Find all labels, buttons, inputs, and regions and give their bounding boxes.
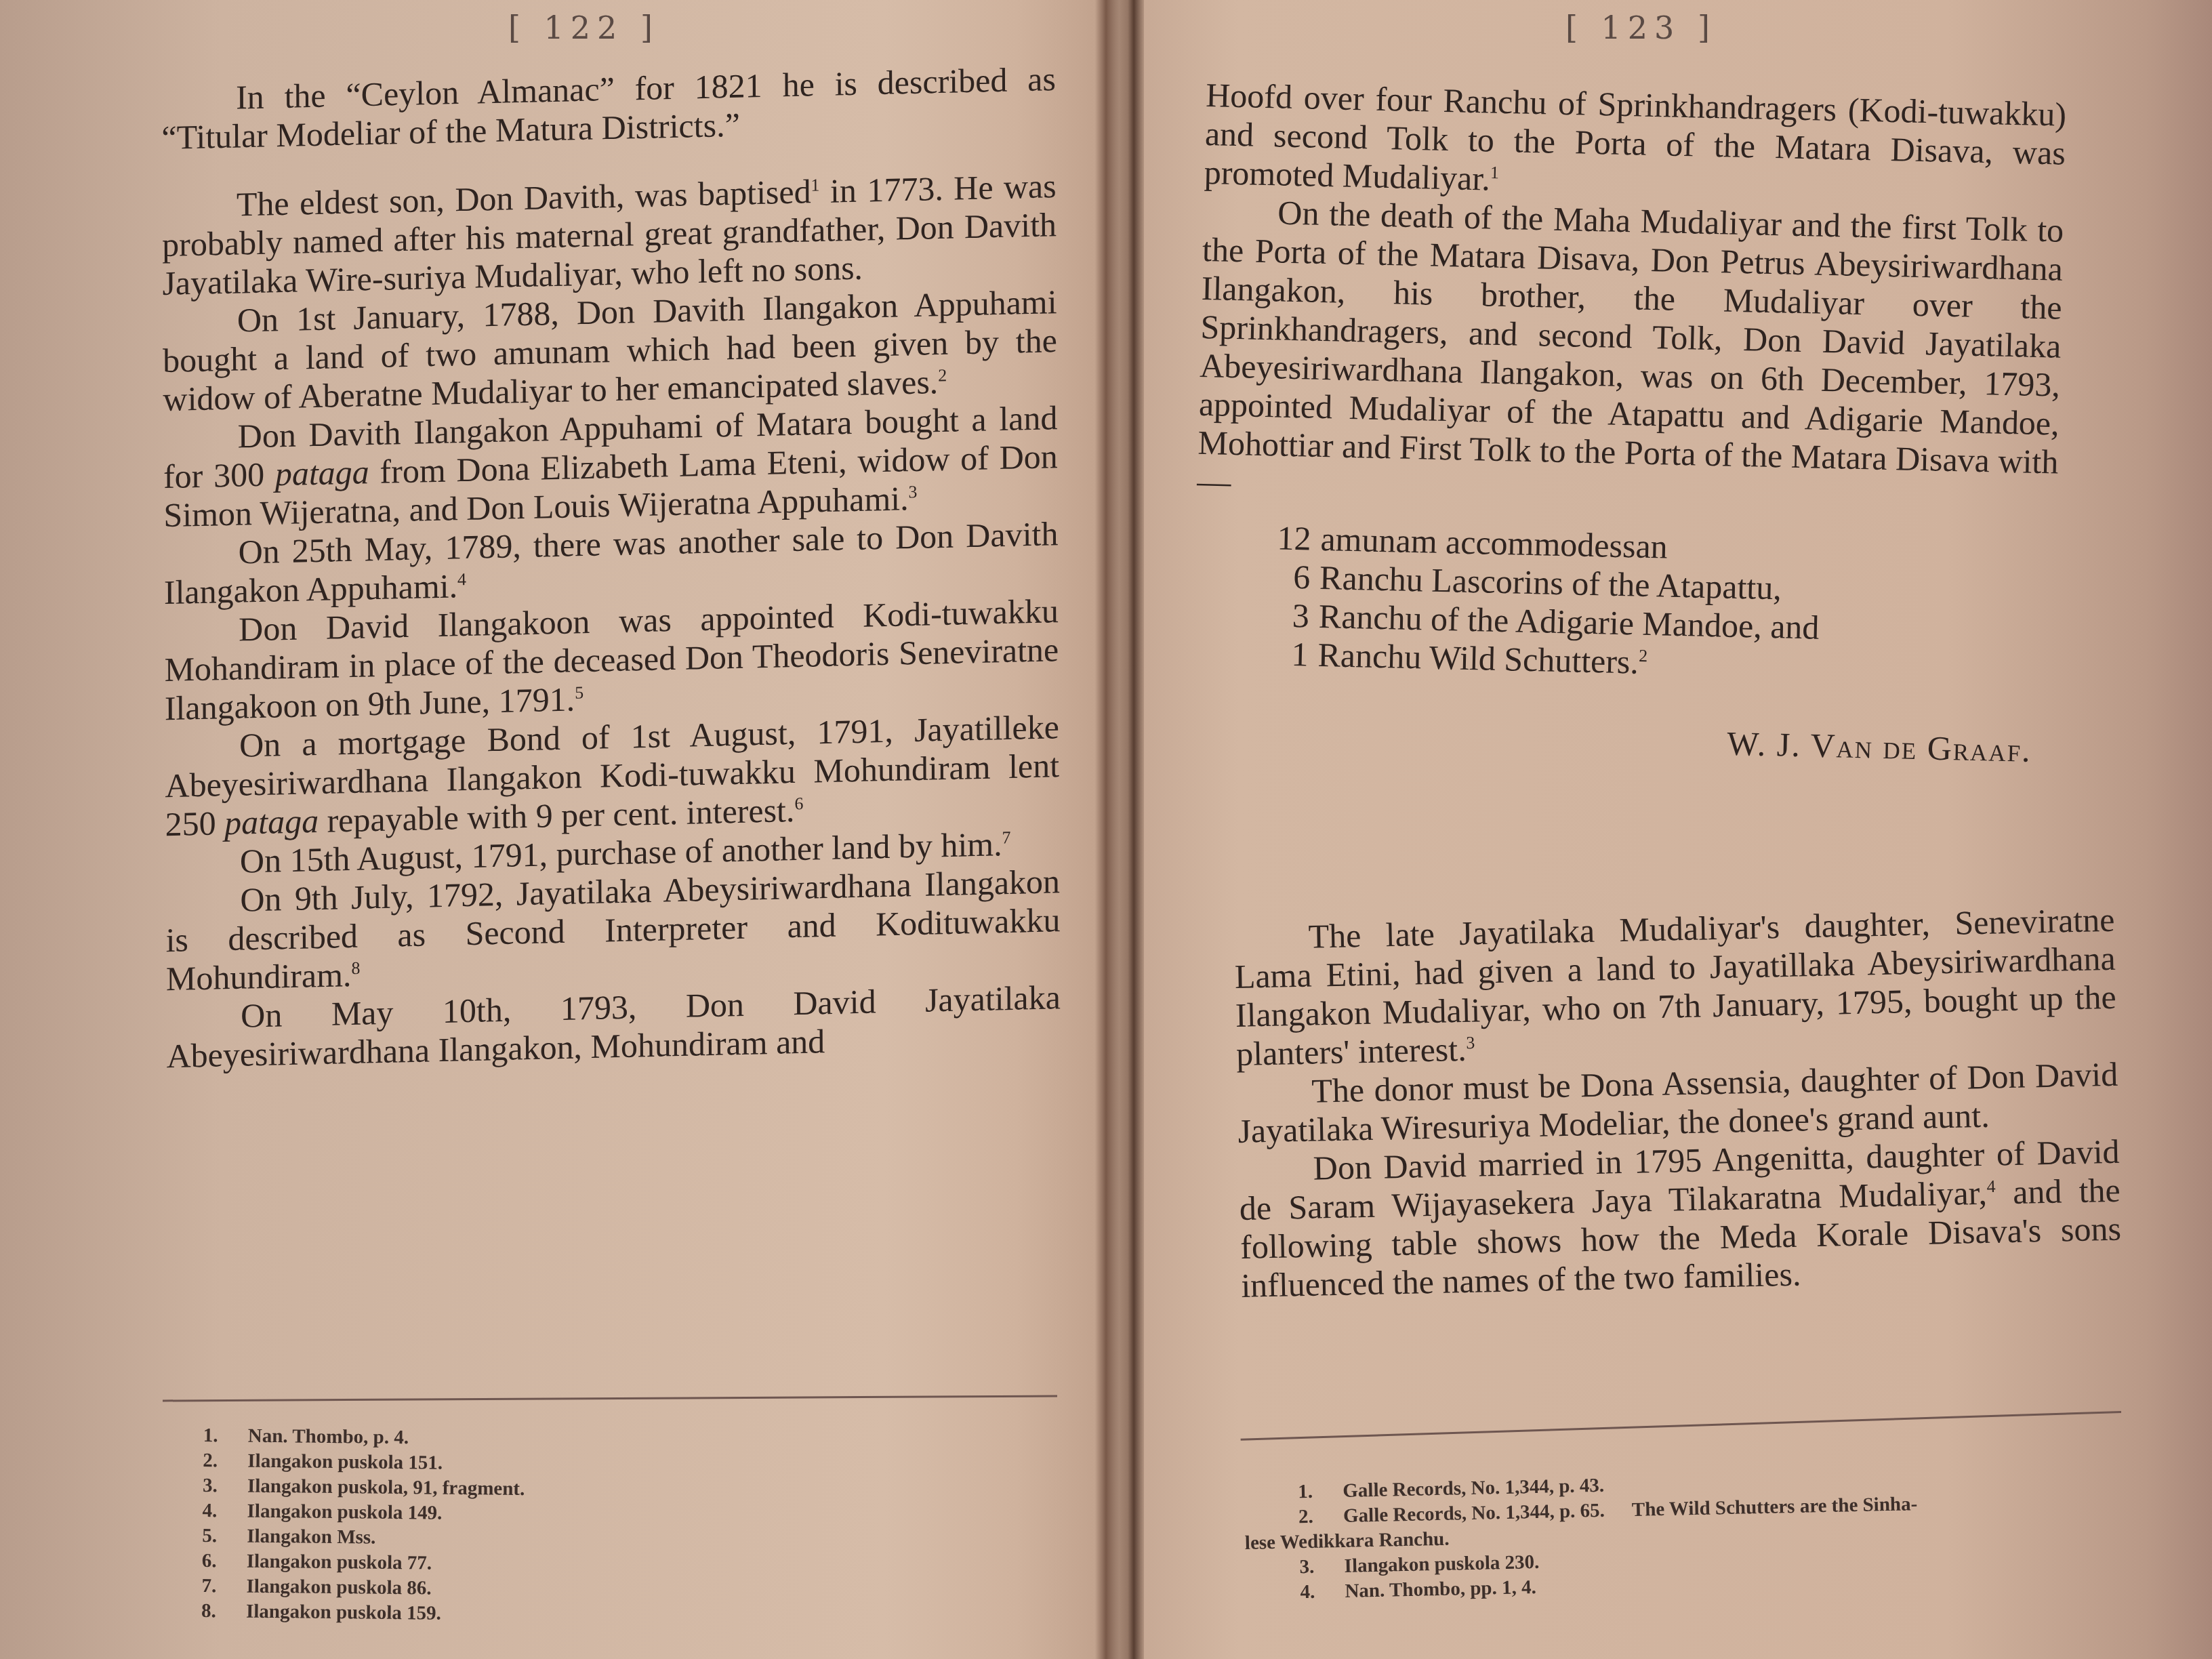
- footnote-item: 5.Ilangakon Mss.: [202, 1523, 525, 1552]
- paragraph-marriage-1795: Don David married in 1795 Angenitta, dau…: [1238, 1132, 2122, 1305]
- footnote-ref: 7: [1002, 827, 1010, 847]
- right-page: [ 123 ] Hoofd over four Ranchu of Sprink…: [1152, 0, 2212, 1659]
- right-page-body-top: Hoofd over four Ranchu of Sprinkhandrage…: [1191, 76, 2066, 771]
- paragraph-mortgage-bond: On a mortgage Bond of 1st August, 1791, …: [165, 708, 1060, 844]
- left-footnotes: 1.Nan. Thombo, p. 4. 2.Ilangakon puskola…: [201, 1423, 525, 1627]
- footnote-item: 2.Ilangakon puskola 151.: [203, 1448, 525, 1477]
- footnote-item: 7.Ilangakon puskola 86.: [201, 1574, 524, 1602]
- footnote-item: 4.Ilangakon puskola 149.: [202, 1498, 525, 1527]
- footnote-item: 3.Ilangakon puskola, 91, fragment.: [203, 1473, 525, 1502]
- footnote-item: 1.Nan. Thombo, p. 4.: [203, 1423, 526, 1452]
- author-signature: W. J. Van de Graaf.: [1191, 712, 2052, 771]
- footnote-divider: [1241, 1411, 2121, 1441]
- paragraph-1792-interpreter: On 9th July, 1792, Jayatilaka Abeysiriwa…: [165, 862, 1061, 998]
- right-page-body-bottom: The late Jayatilaka Mudaliyar's daughter…: [1233, 901, 2123, 1305]
- paragraph-late-jayatilaka: The late Jayatilaka Mudaliyar's daughter…: [1233, 901, 2117, 1073]
- paragraph-300-pataga: Don Davith Ilangakon Appuhami of Matara …: [163, 398, 1059, 535]
- open-book-spread: [ 122 ] In the “Ceylon Almanac” for 1821…: [0, 0, 2212, 1659]
- footnote-ref: 2: [1639, 646, 1648, 665]
- footnote-ref: 1: [1490, 163, 1500, 182]
- footnote-ref: 5: [575, 682, 583, 702]
- footnote-ref: 1: [811, 175, 819, 194]
- paragraph-eldest-son: The eldest son, Don Davith, was baptised…: [162, 167, 1057, 303]
- right-footnotes: 1.Galle Records, No. 1,344, p. 43. 2.Gal…: [1244, 1462, 2127, 1606]
- left-page: [ 122 ] In the “Ceylon Almanac” for 1821…: [0, 0, 1111, 1659]
- paragraph-1791-appointment: Don David Ilangakoon was appointed Kodi-…: [164, 592, 1059, 728]
- paragraph-1788-purchase: On 1st January, 1788, Don Davith Ilangak…: [163, 283, 1058, 419]
- paragraph-hoofd-promotion: Hoofd over four Ranchu of Sprinkhandrage…: [1204, 76, 2067, 211]
- page-number-123: [ 123 ]: [1565, 9, 1717, 46]
- footnote-ref: 6: [794, 794, 803, 813]
- paragraph-ceylon-almanac: In the “Ceylon Almanac” for 1821 he is d…: [161, 60, 1056, 157]
- footnote-ref: 4: [457, 569, 466, 589]
- footnote-item: 6.Ilangakon puskola 77.: [202, 1549, 525, 1577]
- footnote-ref: 2: [938, 365, 947, 385]
- footnote-ref: 3: [908, 482, 917, 501]
- grant-list: 12amunam accommodessan 6Ranchu Lascorins…: [1274, 519, 2057, 691]
- page-number-122: [ 122 ]: [508, 9, 659, 46]
- footnote-divider: [163, 1395, 1057, 1402]
- footnote-item: 8.Ilangakon puskola 159.: [201, 1599, 524, 1627]
- footnote-ref: 8: [351, 958, 360, 978]
- paragraph-death-of-maha-mudaliyar: On the death of the Maha Mudaliyar and t…: [1197, 192, 2064, 520]
- book-gutter: [1103, 0, 1144, 1659]
- footnote-ref: 3: [1466, 1033, 1475, 1052]
- footnote-ref: 4: [1986, 1176, 1996, 1196]
- left-page-body: In the “Ceylon Almanac” for 1821 he is d…: [161, 60, 1061, 1076]
